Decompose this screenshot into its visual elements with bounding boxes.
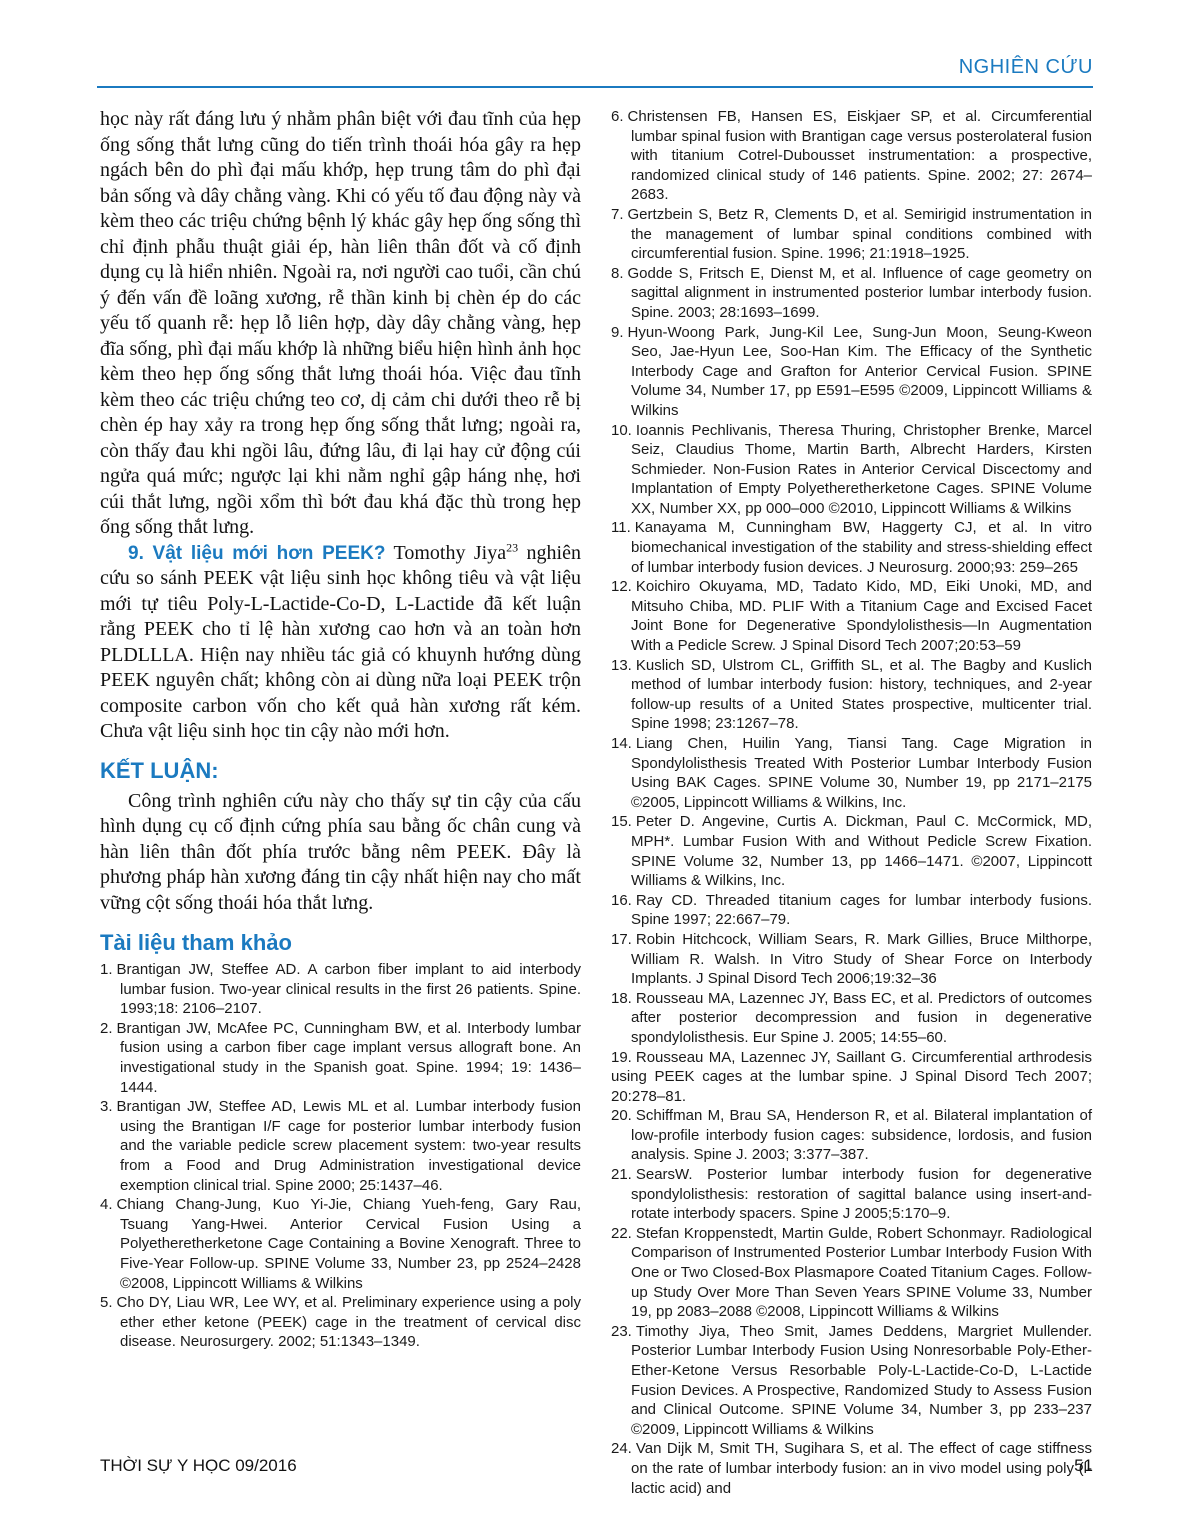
left-column: học này rất đáng lưu ý nhằm phân biệt vớ…	[100, 107, 581, 1498]
reference-text: Stefan Kroppenstedt, Martin Gulde, Rober…	[631, 1225, 1092, 1320]
reference-text: Rousseau MA, Lazennec JY, Saillant G. Ci…	[611, 1049, 1092, 1105]
reference-text: Gertzbein S, Betz R, Clements D, et al. …	[628, 206, 1092, 262]
reference-item: 2.Brantigan JW, McAfee PC, Cunningham BW…	[100, 1019, 581, 1097]
reference-item: 8.Godde S, Fritsch E, Dienst M, et al. I…	[611, 264, 1092, 323]
reference-text: Kanayama M, Cunningham BW, Haggerty CJ, …	[631, 519, 1092, 575]
reference-text: Brantigan JW, Steffee AD, Lewis ML et al…	[117, 1098, 581, 1193]
reference-number: 15.	[611, 813, 632, 830]
reference-text: Ray CD. Threaded titanium cages for lumb…	[631, 892, 1092, 929]
reference-text: Godde S, Fritsch E, Dienst M, et al. Inf…	[628, 265, 1092, 321]
reference-number: 11.	[611, 519, 631, 536]
reference-number: 17.	[611, 931, 632, 948]
section-9-paragraph: 9. Vật liệu mới hơn PEEK? Tomothy Jiya23…	[100, 541, 581, 745]
reference-number: 18.	[611, 990, 632, 1007]
reference-text: Hyun-Woong Park, Jung-Kil Lee, Sung-Jun …	[628, 324, 1092, 419]
reference-text: SearsW. Posterior lumbar interbody fusio…	[631, 1166, 1092, 1222]
section-9-heading: 9. Vật liệu mới hơn PEEK?	[128, 543, 385, 564]
reference-number: 10.	[611, 422, 632, 439]
reference-item: 11.Kanayama M, Cunningham BW, Haggerty C…	[611, 518, 1092, 577]
conclusion-paragraph: Công trình nghiên cứu này cho thấy sự ti…	[100, 789, 581, 917]
reference-text: Peter D. Angevine, Curtis A. Dickman, Pa…	[631, 813, 1092, 889]
reference-item: 12.Koichiro Okuyama, MD, Tadato Kido, MD…	[611, 577, 1092, 655]
conclusion-heading: KẾT LUẬN:	[100, 758, 581, 784]
citation-superscript: 23	[506, 540, 518, 554]
reference-item: 16.Ray CD. Threaded titanium cages for l…	[611, 891, 1092, 930]
reference-item: 13.Kuslich SD, Ulstrom CL, Griffith SL, …	[611, 656, 1092, 734]
reference-number: 8.	[611, 265, 624, 282]
reference-number: 12.	[611, 578, 632, 595]
reference-number: 3.	[100, 1098, 113, 1115]
reference-list-left: 1.Brantigan JW, Steffee AD. A carbon fib…	[100, 960, 581, 1352]
footer-journal-title: THỜI SỰ Y HỌC 09/2016	[100, 1456, 297, 1476]
reference-text: Robin Hitchcock, William Sears, R. Mark …	[631, 931, 1092, 987]
journal-page: NGHIÊN CỨU học này rất đáng lưu ý nhằm p…	[0, 0, 1189, 1539]
reference-item: 21.SearsW. Posterior lumbar interbody fu…	[611, 1165, 1092, 1224]
reference-number: 24.	[611, 1440, 632, 1457]
reference-item: 5.Cho DY, Liau WR, Lee WY, et al. Prelim…	[100, 1293, 581, 1352]
reference-item: 9.Hyun-Woong Park, Jung-Kil Lee, Sung-Ju…	[611, 323, 1092, 421]
reference-number: 4.	[100, 1196, 113, 1213]
reference-item: 14.Liang Chen, Huilin Yang, Tiansi Tang.…	[611, 734, 1092, 812]
reference-text: Schiffman M, Brau SA, Henderson R, et al…	[631, 1107, 1092, 1163]
reference-text: Kuslich SD, Ulstrom CL, Griffith SL, et …	[631, 657, 1092, 733]
reference-text: Ioannis Pechlivanis, Theresa Thuring, Ch…	[631, 422, 1092, 517]
reference-number: 1.	[100, 961, 113, 978]
reference-number: 5.	[100, 1294, 113, 1311]
reference-text: Liang Chen, Huilin Yang, Tiansi Tang. Ca…	[631, 735, 1092, 811]
reference-item: 17.Robin Hitchcock, William Sears, R. Ma…	[611, 930, 1092, 989]
references-heading: Tài liệu tham khảo	[100, 930, 581, 956]
reference-number: 14.	[611, 735, 632, 752]
reference-item: 19.Rousseau MA, Lazennec JY, Saillant G.…	[611, 1048, 1092, 1107]
right-column: 6.Christensen FB, Hansen ES, Eiskjaer SP…	[611, 107, 1092, 1498]
reference-number: 2.	[100, 1020, 113, 1037]
reference-number: 20.	[611, 1107, 632, 1124]
reference-text: Cho DY, Liau WR, Lee WY, et al. Prelimin…	[117, 1294, 581, 1350]
reference-number: 16.	[611, 892, 632, 909]
reference-item: 10.Ioannis Pechlivanis, Theresa Thuring,…	[611, 421, 1092, 519]
two-column-layout: học này rất đáng lưu ý nhằm phân biệt vớ…	[100, 107, 1092, 1498]
reference-number: 6.	[611, 108, 624, 125]
reference-list-right: 6.Christensen FB, Hansen ES, Eiskjaer SP…	[611, 107, 1092, 1498]
reference-number: 7.	[611, 206, 624, 223]
reference-item: 7.Gertzbein S, Betz R, Clements D, et al…	[611, 205, 1092, 264]
reference-text: Brantigan JW, McAfee PC, Cunningham BW, …	[117, 1020, 581, 1096]
section-9-text: nghiên cứu so sánh PEEK vật liệu sinh họ…	[100, 542, 581, 743]
reference-text: Koichiro Okuyama, MD, Tadato Kido, MD, E…	[631, 578, 1092, 654]
reference-item: 22.Stefan Kroppenstedt, Martin Gulde, Ro…	[611, 1224, 1092, 1322]
reference-item: 6.Christensen FB, Hansen ES, Eiskjaer SP…	[611, 107, 1092, 205]
reference-item: 1.Brantigan JW, Steffee AD. A carbon fib…	[100, 960, 581, 1019]
reference-item: 4.Chiang Chang-Jung, Kuo Yi-Jie, Chiang …	[100, 1195, 581, 1293]
body-paragraph-continuation: học này rất đáng lưu ý nhằm phân biệt vớ…	[100, 107, 581, 541]
reference-number: 19.	[611, 1049, 632, 1066]
reference-text: Chiang Chang-Jung, Kuo Yi-Jie, Chiang Yu…	[117, 1196, 581, 1291]
running-head: NGHIÊN CỨU	[959, 56, 1093, 78]
reference-item: 18.Rousseau MA, Lazennec JY, Bass EC, et…	[611, 989, 1092, 1048]
reference-text: Timothy Jiya, Theo Smit, James Deddens, …	[631, 1323, 1092, 1438]
reference-text: Rousseau MA, Lazennec JY, Bass EC, et al…	[631, 990, 1092, 1046]
reference-item: 23.Timothy Jiya, Theo Smit, James Dedden…	[611, 1322, 1092, 1440]
footer-page-number: 51	[1074, 1456, 1093, 1476]
reference-item: 20.Schiffman M, Brau SA, Henderson R, et…	[611, 1106, 1092, 1165]
reference-item: 15.Peter D. Angevine, Curtis A. Dickman,…	[611, 812, 1092, 890]
page-header: NGHIÊN CỨU	[97, 56, 1093, 88]
reference-number: 22.	[611, 1225, 632, 1242]
reference-number: 23.	[611, 1323, 632, 1340]
reference-number: 13.	[611, 657, 632, 674]
reference-number: 9.	[611, 324, 624, 341]
reference-number: 21.	[611, 1166, 632, 1183]
page-footer: THỜI SỰ Y HỌC 09/2016 51	[100, 1456, 1093, 1476]
reference-item: 3.Brantigan JW, Steffee AD, Lewis ML et …	[100, 1097, 581, 1195]
section-9-author: Tomothy Jiya	[385, 542, 506, 564]
reference-text: Christensen FB, Hansen ES, Eiskjaer SP, …	[628, 108, 1092, 203]
reference-text: Brantigan JW, Steffee AD. A carbon fiber…	[117, 961, 581, 1017]
